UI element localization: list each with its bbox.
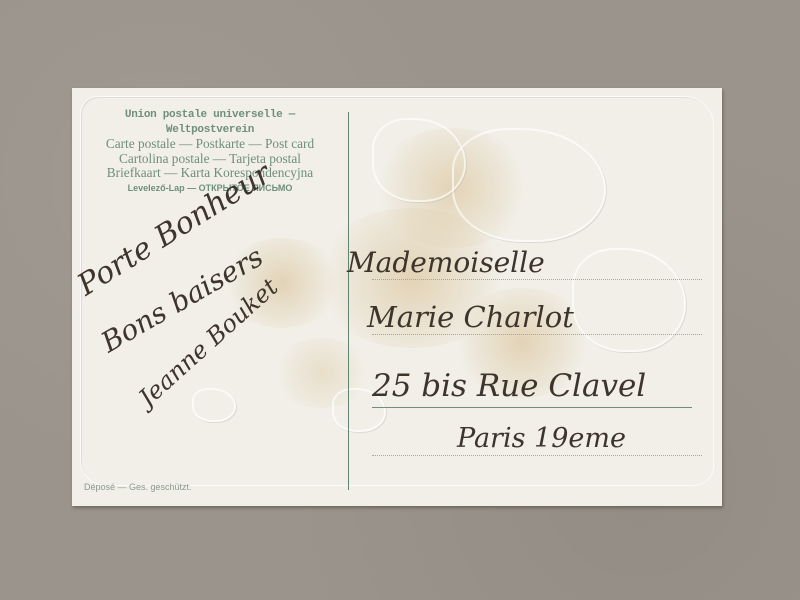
address-line-2 — [372, 334, 702, 335]
copyright-notice: Déposé — Ges. geschützt. — [84, 482, 192, 492]
address-recipient-title: Mademoiselle — [347, 246, 545, 279]
header-line-2: Carte postale — Postkarte — Post card — [84, 137, 336, 152]
embossed-flower — [192, 388, 236, 422]
address-recipient-name: Marie Charlot — [367, 300, 574, 334]
header-line-1: Union postale universelle — Weltpostvere… — [84, 108, 336, 137]
postcard: Union postale universelle — Weltpostvere… — [72, 88, 722, 506]
address-line-3 — [372, 407, 692, 408]
center-divider — [348, 112, 349, 490]
header-line-3: Cartolina postale — Tarjeta postal — [84, 152, 336, 167]
address-street: 25 bis Rue Clavel — [372, 368, 646, 404]
address-city: Paris 19eme — [457, 423, 626, 454]
address-line-1 — [372, 279, 702, 280]
header-line-4: Briefkaart — Karta Korespondencyjna — [84, 166, 336, 181]
postcard-header: Union postale universelle — Weltpostvere… — [84, 108, 336, 196]
address-line-4 — [372, 455, 702, 456]
